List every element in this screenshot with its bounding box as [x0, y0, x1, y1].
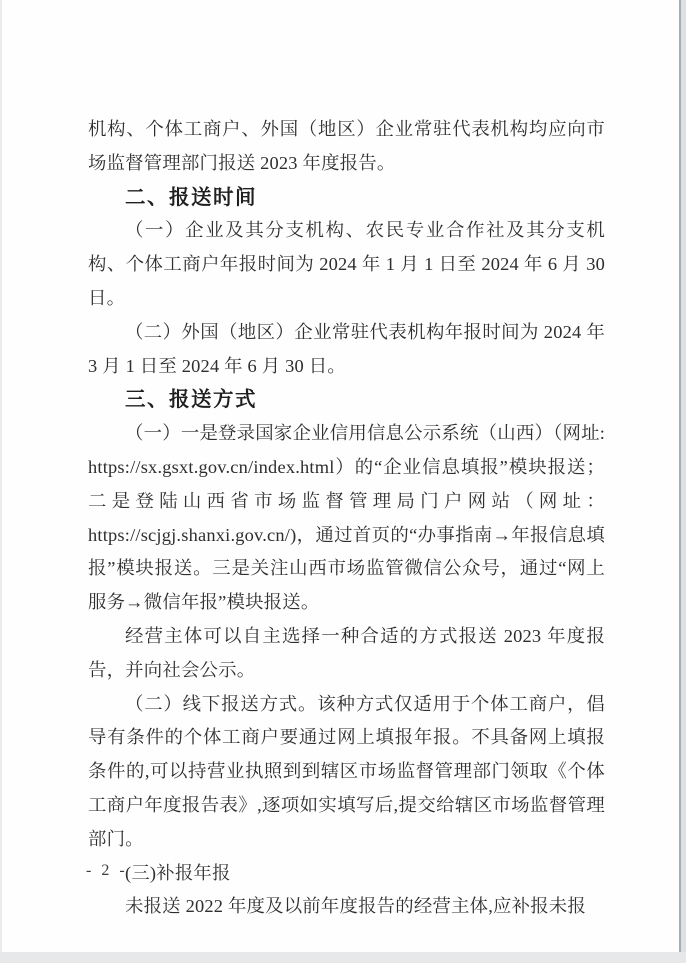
scan-edge-bottom — [0, 952, 686, 963]
scan-edge-right-soft — [681, 0, 686, 963]
document-body: 机构、个体工商户、外国（地区）企业常驻代表机构均应向市场监督管理部门报送 202… — [88, 113, 605, 924]
paragraph: （二）外国（地区）企业常驻代表机构年报时间为 2024 年 3 月 1 日至 2… — [88, 316, 605, 384]
paragraph: 经营主体可以自主选择一种合适的方式报送 2023 年度报告，并向社会公示。 — [88, 620, 605, 688]
paragraph: （一）企业及其分支机构、农民专业合作社及其分支机构、个体工商户年报时间为 202… — [88, 214, 605, 315]
scan-edge-right-line — [679, 0, 681, 963]
paragraph-subheading-supplement: (三)补报年报 — [88, 857, 605, 891]
paragraph: 未报送 2022 年度及以前年度报告的经营主体,应补报未报 — [88, 890, 605, 924]
section-heading-report-method: 三、报送方式 — [88, 383, 605, 417]
page-number: - 2 - — [86, 862, 128, 880]
paragraph: （二）线下报送方式。该种方式仅适用于个体工商户，倡导有条件的个体工商户要通过网上… — [88, 688, 605, 857]
paragraph: （一）一是登录国家企业信用信息公示系统（山西）（网址: https://sx.g… — [88, 417, 605, 620]
scan-edge-left — [0, 0, 2, 963]
paragraph-continuation: 机构、个体工商户、外国（地区）企业常驻代表机构均应向市场监督管理部门报送 202… — [88, 113, 605, 181]
scanned-document-page: 机构、个体工商户、外国（地区）企业常驻代表机构均应向市场监督管理部门报送 202… — [0, 0, 686, 963]
section-heading-report-time: 二、报送时间 — [88, 181, 605, 215]
